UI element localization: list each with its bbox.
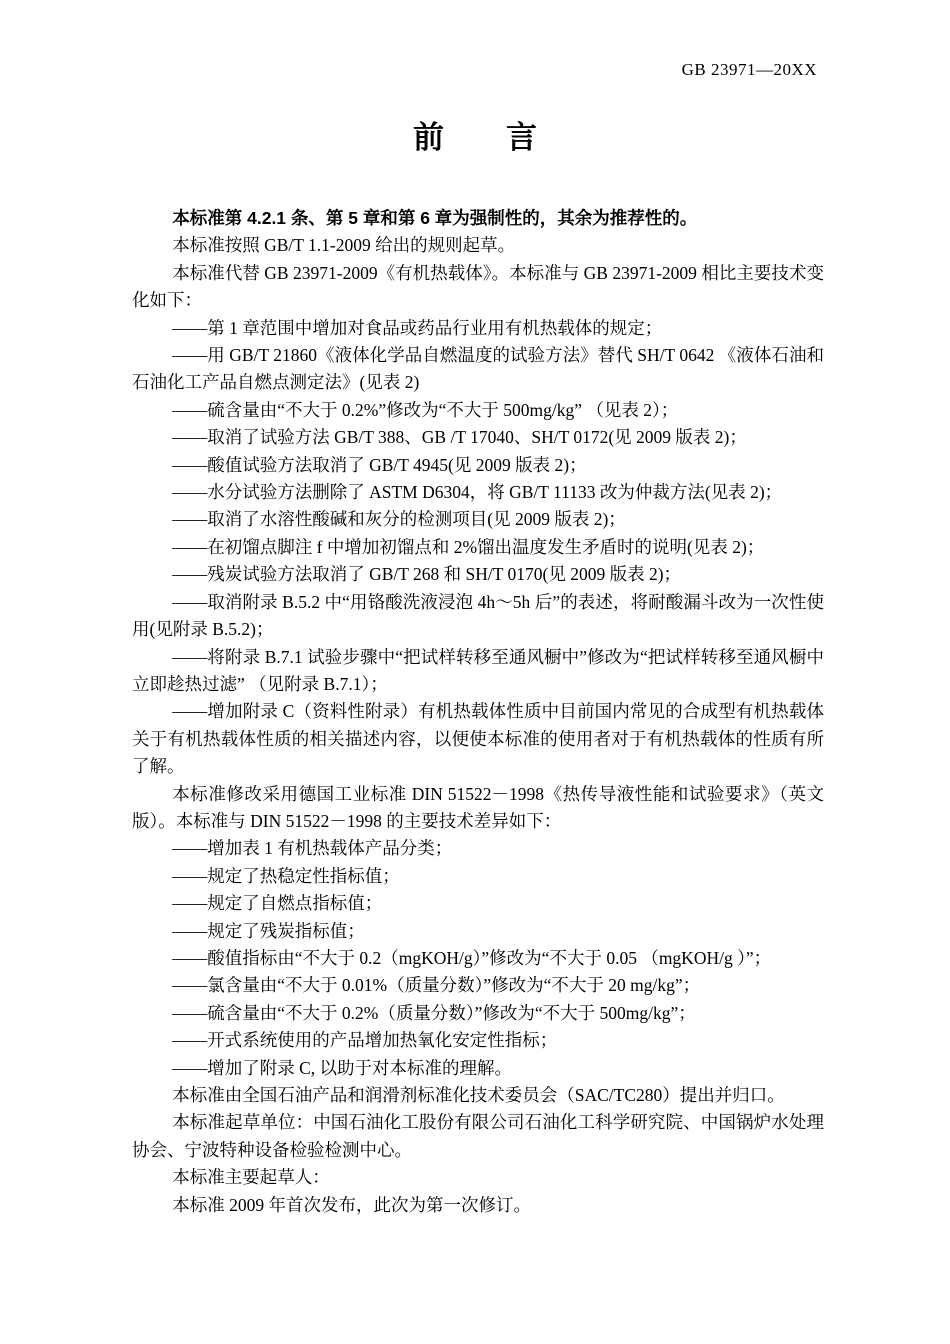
paragraph: 本标准 2009 年首次发布，此次为第一次修订。 <box>132 1192 824 1219</box>
list-item-difference: ——增加了附录 C, 以助于对本标准的理解。 <box>132 1055 824 1082</box>
list-item-change: ——将附录 B.7.1 试验步骤中“把试样转移至通风橱中”修改为“把试样转移至通… <box>132 644 824 699</box>
list-item-change: ——取消了试验方法 GB/T 388、GB /T 17040、SH/T 0172… <box>132 424 824 451</box>
doc-number: GB 23971—20XX <box>682 60 817 80</box>
paragraph: 本标准代替 GB 23971-2009《有机热载体》。本标准与 GB 23971… <box>132 260 824 315</box>
paragraph: 本标准主要起草人： <box>132 1164 824 1191</box>
list-item-change: ——水分试验方法删除了 ASTM D6304，将 GB/T 11133 改为仲裁… <box>132 479 824 506</box>
paragraph-mandatory-clause: 本标准第 4.2.1 条、第 5 章和第 6 章为强制性的，其余为推荐性的。 <box>132 205 824 232</box>
paragraph: 本标准修改采用德国工业标准 DIN 51522－1998《热传导液性能和试验要求… <box>132 781 824 836</box>
list-item-change: ——酸值试验方法取消了 GB/T 4945(见 2009 版表 2)； <box>132 452 824 479</box>
list-item-change: ——第 1 章范围中增加对食品或药品行业用有机热载体的规定； <box>132 315 824 342</box>
list-item-change: ——在初馏点脚注 f 中增加初馏点和 2%馏出温度发生矛盾时的说明(见表 2)； <box>132 534 824 561</box>
paragraph: 本标准起草单位：中国石油化工股份有限公司石油化工科学研究院、中国锅炉水处理协会、… <box>132 1109 824 1164</box>
list-item-difference: ——开式系统使用的产品增加热氧化安定性指标； <box>132 1027 824 1054</box>
list-item-difference: ——氯含量由“不大于 0.01%（质量分数）”修改为“不大于 20 mg/kg”… <box>132 972 824 999</box>
list-item-change: ——取消了水溶性酸碱和灰分的检测项目(见 2009 版表 2)； <box>132 506 824 533</box>
list-item-change: ——用 GB/T 21860《液体化学品自燃温度的试验方法》替代 SH/T 06… <box>132 342 824 397</box>
list-item-difference: ——规定了自燃点指标值； <box>132 890 824 917</box>
paragraph: 本标准按照 GB/T 1.1-2009 给出的规则起草。 <box>132 232 824 259</box>
list-item-change: ——增加附录 C（资料性附录）有机热载体性质中目前国内常见的合成型有机热载体关于… <box>132 698 824 780</box>
list-item-change: ——硫含量由“不大于 0.2%”修改为“不大于 500mg/kg” （见表 2）… <box>132 397 824 424</box>
list-item-difference: ——增加表 1 有机热载体产品分类； <box>132 835 824 862</box>
document-page: GB 23971—20XX 前 言 本标准第 4.2.1 条、第 5 章和第 6… <box>0 0 950 1344</box>
document-body: 本标准第 4.2.1 条、第 5 章和第 6 章为强制性的，其余为推荐性的。 本… <box>132 205 824 1219</box>
page-title: 前 言 <box>0 112 950 157</box>
list-item-difference: ——硫含量由“不大于 0.2%（质量分数）”修改为“不大于 500mg/kg”； <box>132 1000 824 1027</box>
list-item-difference: ——规定了热稳定性指标值； <box>132 863 824 890</box>
list-item-change: ——取消附录 B.5.2 中“用铬酸洗液浸泡 4h～5h 后”的表述，将耐酸漏斗… <box>132 589 824 644</box>
list-item-change: ——残炭试验方法取消了 GB/T 268 和 SH/T 0170(见 2009 … <box>132 561 824 588</box>
list-item-difference: ——酸值指标由“不大于 0.2（mgKOH/g）”修改为“不大于 0.05 （m… <box>132 945 824 972</box>
list-item-difference: ——规定了残炭指标值； <box>132 918 824 945</box>
paragraph: 本标准由全国石油产品和润滑剂标准化技术委员会（SAC/TC280）提出并归口。 <box>132 1082 824 1109</box>
